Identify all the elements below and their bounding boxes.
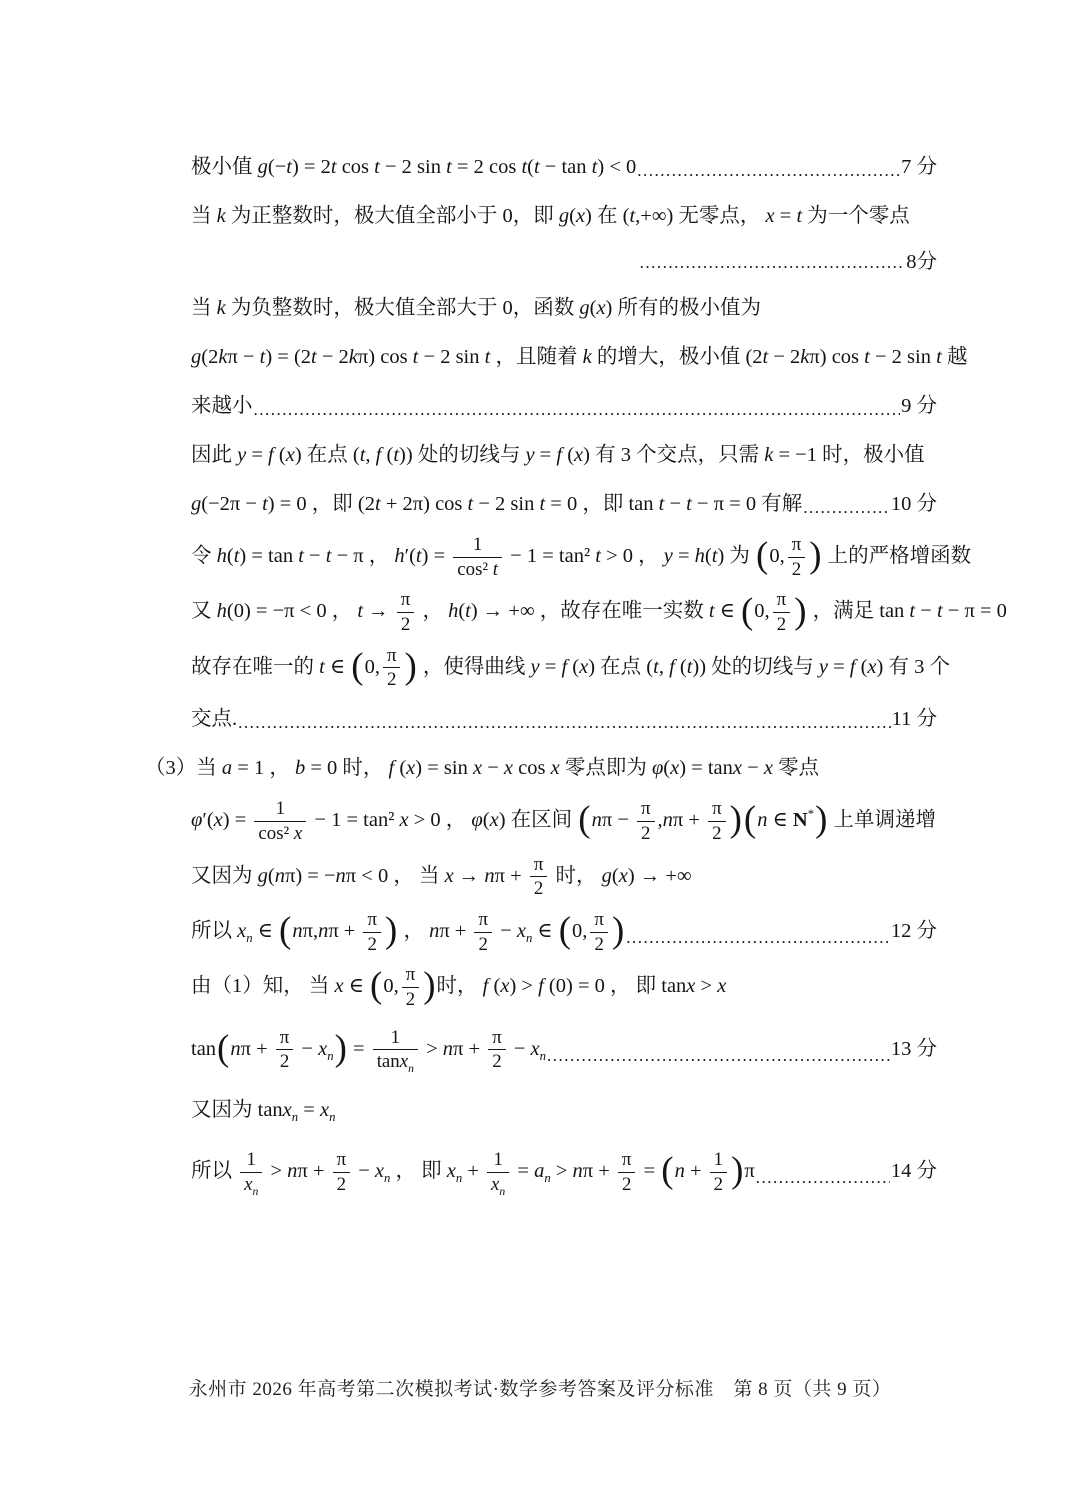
big-paren: ) [404,645,416,686]
fraction: π2 [530,854,548,900]
fraction: π2 [363,909,381,955]
line-text: 所以 1xn > nπ + π2 − xn ， 即 xn + 1xn = an … [191,1149,755,1195]
line-text: 故存在唯一的 t ∈ (0,π2) ，使得曲线 y = f (x) 在点 (t,… [191,645,950,691]
line-text: 当 k 为负整数时，极大值全部大于 0，函数 g(x) 所有的极小值为 [191,294,761,324]
big-paren: ( [370,964,382,1005]
dot-leader: ........................................… [626,921,890,955]
big-paren: ( [741,590,753,631]
line-text: 令 h(t) = tan t − t − π ， h′(t) = 1cos² t… [191,534,971,580]
fraction: 1cos² t [453,534,502,580]
fraction: π2 [333,1149,351,1195]
line-text: 所以 xn ∈ (nπ,nπ + π2) ， nπ + π2 − xn ∈ (0… [191,909,625,955]
fraction: 1xn [487,1149,509,1195]
score-label: 12 分 [891,917,937,947]
line-text: 又因为 tanxn = xn [191,1096,335,1126]
big-paren: ) [423,964,435,1005]
score-label: 13 分 [891,1035,937,1065]
solution-line: 又因为 tanxn = xn [145,1091,937,1131]
dot-leader: ........................................… [238,706,891,740]
solution-line: 来越小.....................................… [145,387,937,427]
big-paren: ) [385,909,397,950]
fraction: π2 [402,964,420,1010]
solution-line: tan(nπ + π2 − xn) = 1tanxn > nπ + π2 − x… [145,1027,937,1073]
fraction: π2 [488,1027,506,1073]
fraction: π2 [618,1149,636,1195]
dot-leader: ........................................… [756,1161,890,1195]
big-paren: ( [559,909,571,950]
line-text: 来越小 [191,392,253,422]
line-text: 极小值 g(−t) = 2t cos t − 2 sin t = 2 cos t… [191,153,636,183]
big-paren: ( [279,909,291,950]
line-text: 又 h(0) = −π < 0 ， t → π2 ， h(t) → +∞ ，故存… [191,589,1007,635]
fraction: π2 [397,589,415,635]
solution-line: 故存在唯一的 t ∈ (0,π2) ，使得曲线 y = f (x) 在点 (t,… [145,645,937,691]
big-paren: ( [756,534,768,575]
line-text: 交点. [191,705,237,735]
solution-line: 又因为 g(nπ) = −nπ < 0 ， 当 x → nπ + π2 时， g… [145,854,937,900]
big-paren: ( [661,1149,673,1190]
big-paren: ) [335,1027,347,1068]
fraction: π2 [383,645,401,691]
score-label: 9 分 [901,392,937,422]
fraction: 1xn [240,1149,262,1195]
line-text: tan(nπ + π2 − xn) = 1tanxn > nπ + π2 − x… [191,1027,546,1073]
score-label: 8分 [906,248,937,278]
score-label: 10 分 [891,490,937,520]
line-text: 由（1）知， 当 x ∈ (0,π2)时， f (x) > f (0) = 0 … [191,964,726,1010]
line-text: 当 k 为正整数时，极大值全部小于 0，即 g(x) 在 (t,+∞) 无零点，… [191,202,910,232]
big-paren: ( [578,798,590,839]
solution-line: 所以 1xn > nπ + π2 − xn ， 即 xn + 1xn = an … [145,1149,937,1195]
big-paren: ) [612,909,624,950]
fraction: π2 [637,798,655,844]
fraction: π2 [788,534,806,580]
page-footer: 永州市 2026 年高考第二次模拟考试·数学参考答案及评分标准 第 8 页（共 … [0,1374,1080,1401]
solution-line: 当 k 为负整数时，极大值全部大于 0，函数 g(x) 所有的极小值为 [145,289,937,329]
fraction: 1cos² x [254,798,306,844]
fraction: π2 [773,589,791,635]
dot-leader: ........................................… [637,154,900,188]
fraction: π2 [276,1027,294,1073]
solution-line: 当 k 为正整数时，极大值全部小于 0，即 g(x) 在 (t,+∞) 无零点，… [145,197,937,237]
big-paren: ) [815,798,827,839]
dot-leader: ........................................… [254,393,901,427]
big-paren: ) [731,1149,743,1190]
solution-line: g(2kπ − t) = (2t − 2kπ) cos t − 2 sin t … [145,338,937,378]
solution-line: 令 h(t) = tan t − t − π ， h′(t) = 1cos² t… [145,534,937,580]
solution-line: ........................................… [145,246,937,280]
solution-lines: 极小值 g(−t) = 2t cos t − 2 sin t = 2 cos t… [145,148,937,1204]
answer-sheet-page: 极小值 g(−t) = 2t cos t − 2 sin t = 2 cos t… [0,0,1080,1494]
solution-line: 所以 xn ∈ (nπ,nπ + π2) ， nπ + π2 − xn ∈ (0… [145,909,937,955]
solution-line: 由（1）知， 当 x ∈ (0,π2)时， f (x) > f (0) = 0 … [145,964,937,1010]
big-paren: ) [730,798,742,839]
dot-leader: ........................................… [803,491,890,525]
fraction: π2 [708,798,726,844]
dot-leader: ........................................… [640,246,906,280]
fraction: π2 [474,909,492,955]
solution-line: 交点......................................… [145,700,937,740]
big-paren: ( [351,645,363,686]
score-label: 11 分 [892,705,937,735]
big-paren: ( [217,1027,229,1068]
line-text: g(−2π − t) = 0 ，即 (2t + 2π) cos t − 2 si… [191,490,802,520]
line-text: 又因为 g(nπ) = −nπ < 0 ， 当 x → nπ + π2 时， g… [191,854,692,900]
big-paren: ( [744,798,756,839]
dot-leader: ........................................… [547,1039,890,1073]
fraction: 1tanxn [373,1027,418,1073]
big-paren: ) [794,590,806,631]
solution-line: （3）当 a = 1 ， b = 0 时， f (x) = sin x − x … [145,749,937,789]
solution-line: g(−2π − t) = 0 ，即 (2t + 2π) cos t − 2 si… [145,485,937,525]
line-text: g(2kπ − t) = (2t − 2kπ) cos t − 2 sin t … [191,343,967,373]
fraction: π2 [590,909,608,955]
line-text: φ′(x) = 1cos² x − 1 = tan² x > 0 ， φ(x) … [191,798,936,844]
solution-line: 又 h(0) = −π < 0 ， t → π2 ， h(t) → +∞ ，故存… [145,589,937,635]
fraction: 12 [710,1149,727,1195]
solution-line: 极小值 g(−t) = 2t cos t − 2 sin t = 2 cos t… [145,148,937,188]
solution-line: 因此 y = f (x) 在点 (t, f (t)) 处的切线与 y = f (… [145,436,937,476]
solution-line: φ′(x) = 1cos² x − 1 = tan² x > 0 ， φ(x) … [145,798,937,844]
score-label: 7 分 [901,153,937,183]
line-text: （3）当 a = 1 ， b = 0 时， f (x) = sin x − x … [145,754,819,784]
big-paren: ) [809,534,821,575]
score-label: 14 分 [891,1157,937,1187]
line-text: 因此 y = f (x) 在点 (t, f (t)) 处的切线与 y = f (… [191,441,925,471]
